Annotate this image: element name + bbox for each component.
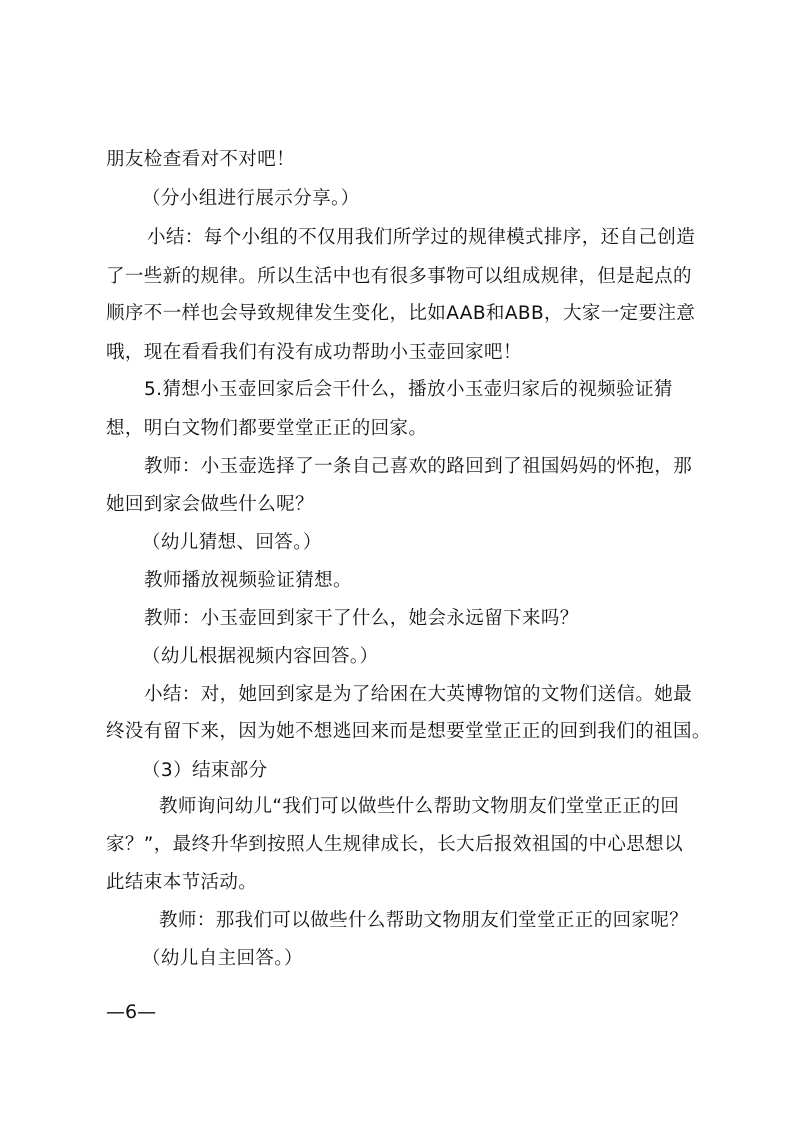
paragraph-line: 小结：每个小组的不仅用我们所学过的规律模式排序，还自己创造 xyxy=(147,226,695,250)
paragraph-line: 终没有留下来，因为她不想逃回来而是想要堂堂正正的回到我们的祖国。 xyxy=(106,720,711,744)
paragraph-line: 教师：那我们可以做些什么帮助文物朋友们堂堂正正的回家呢？ xyxy=(159,909,688,933)
section-heading: （3）结束部分 xyxy=(142,759,268,783)
paragraph-line: 此结束本节活动。 xyxy=(106,871,257,895)
paragraph-line: 她回到家会做些什么呢？ xyxy=(106,493,314,517)
paragraph-line: 哦，现在看看我们有没有成功帮助小玉壶回家吧！ xyxy=(106,341,522,365)
page-number: —6— xyxy=(106,1000,156,1024)
paragraph-line: （幼儿猜想、回答。） xyxy=(142,531,322,555)
paragraph-line: （幼儿自主回答。） xyxy=(142,947,303,971)
paragraph-line: 想，明白文物们都要堂堂正正的回家。 xyxy=(106,417,427,441)
paragraph-line: 5.猜想小玉壶回家后会干什么，播放小玉壶归家后的视频验证猜 xyxy=(144,378,673,402)
paragraph-line: （分小组进行展示分享。） xyxy=(142,187,360,211)
document-page: 朋友检查看对不对吧！ （分小组进行展示分享。） 小结：每个小组的不仅用我们所学过… xyxy=(0,0,794,1123)
paragraph-line: 顺序不一样也会导致规律发生变化，比如AAB和ABB，大家一定要注意 xyxy=(106,302,695,326)
paragraph-line: 小结：对，她回到家是为了给困在大英博物馆的文物们送信。她最 xyxy=(144,683,692,707)
paragraph-line: 教师：小玉壶选择了一条自己喜欢的路回到了祖国妈妈的怀抱，那 xyxy=(144,455,692,479)
paragraph-line: 教师播放视频验证猜想。 xyxy=(144,569,352,593)
paragraph-line: 家？”，最终升华到按照人生规律成长，长大后报效祖国的中心思想以 xyxy=(106,833,683,857)
paragraph-line: 朋友检查看对不对吧！ xyxy=(106,148,295,172)
paragraph-line: 了一些新的规律。所以生活中也有很多事物可以组成规律，但是起点的 xyxy=(106,265,692,289)
paragraph-line: （幼儿根据视频内容回答。） xyxy=(142,645,378,669)
paragraph-line: 教师询问幼儿“我们可以做些什么帮助文物朋友们堂堂正正的回 xyxy=(159,795,679,819)
paragraph-line: 教师：小玉壶回到家干了什么，她会永远留下来吗？ xyxy=(144,607,579,631)
